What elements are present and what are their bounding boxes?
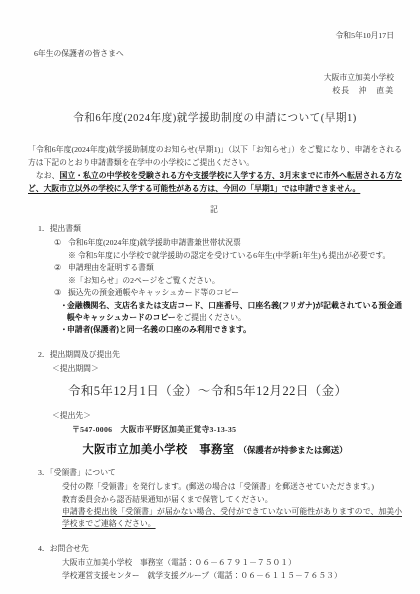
section3-line2: 教育委員会から認否結果通知が届くまで保管してください。 — [62, 494, 402, 506]
document-title: 令和6年度(2024年度)就学援助制度の申請について(早期1) — [28, 111, 402, 128]
bullet-mark: ・ — [60, 300, 67, 325]
section3-line3-underlined: 申請書を提出後「受領書」が届かない場合、受付ができていない可能性がありますので、… — [62, 506, 402, 531]
intro-paragraph-1: 「令和6年度(2024年度)就学援助制度のお知らせ(早期1)」（以下「お知らせ」… — [28, 144, 402, 169]
sender-block: 大阪市立加美小学校 校長 沖 直美 — [28, 71, 402, 98]
intro-paragraph-2-prefix: なお、 — [28, 171, 59, 180]
destination-label: ＜提出先＞ — [52, 410, 402, 422]
section4-heading: 4．お問合せ先 — [38, 543, 402, 555]
school-name: 大阪市立加美小学校 — [28, 71, 394, 84]
item-note: ※ 令和5年度に小学校で就学援助の認定を受けている6年生(中学新1年生)も提出が… — [68, 250, 402, 262]
bullet-text-bold: 申請者(保護者)と同一名義の口座のみ利用できます。 — [67, 324, 251, 336]
office-note: （保護者が持参または郵送） — [234, 445, 347, 455]
list-item: ② 申請理由を証明する書類 — [54, 262, 402, 274]
document-date: 令和5年10月17日 — [28, 30, 402, 42]
contact-line-support-center: 学校運営支援センター 就学支援グループ（電話：０６－６１１５－７６５３） — [62, 570, 402, 582]
office-name: 大阪市立加美小学校 事務室 — [82, 444, 234, 456]
item-text: 振込先の預金通帳やキャッシュカード等のコピー — [68, 287, 239, 299]
contact-line-school: 大阪市立加美小学校 事務室（電話：０６－６７９１－７５０１） — [62, 557, 402, 569]
bullet-item: ・ 金融機関名、支店名または支店コード、口座番号、口座名義(フリガナ)が記載され… — [60, 300, 402, 325]
recipient-line: 6年生の保護者の皆さまへ — [34, 48, 402, 60]
section3-heading: 3．「受領書」について — [38, 467, 402, 479]
intro-paragraph-2-emphasis: 国立・私立の中学校を受験される方や支援学校に入学する方、3月末までに市外へ転居さ… — [28, 171, 402, 192]
item-text: 令和6年度(2024年度)就学援助申請書兼世帯状況票 — [68, 237, 241, 249]
bullet-text: 金融機関名、支店名または支店コード、口座番号、口座名義(フリガナ)が記載されてい… — [67, 300, 402, 325]
list-item: ① 令和6年度(2024年度)就学援助申請書兼世帯状況票 — [54, 237, 402, 249]
bullet-mark: ・ — [60, 324, 67, 336]
bullet-item: ・ 申請者(保護者)と同一名義の口座のみ利用できます。 — [60, 324, 402, 336]
principal-name: 校長 沖 直美 — [28, 84, 394, 97]
bullet-text-rest: をご提出ください。 — [176, 313, 246, 322]
item-note: ※「お知らせ」の2ページをご覧ください。 — [68, 275, 402, 287]
item-number: ③ — [54, 287, 68, 299]
document-page: 令和5年10月17日 6年生の保護者の皆さまへ 大阪市立加美小学校 校長 沖 直… — [0, 0, 420, 594]
period-label: ＜提出期間＞ — [52, 363, 402, 375]
section3-line1: 受付の際「受領書」を発行します。(郵送の場合は「受領書」を郵送させていただきます… — [62, 481, 402, 493]
intro-paragraph-2: なお、国立・私立の中学校を受験される方や支援学校に入学する方、3月末までに市外へ… — [28, 170, 402, 195]
submission-period: 令和5年12月1日（金）～令和5年12月22日（金） — [68, 382, 402, 402]
submission-office: 大阪市立加美小学校 事務室 （保護者が持参または郵送） — [28, 442, 402, 460]
item-text: 申請理由を証明する書類 — [68, 262, 154, 274]
postal-address: 〒547‐0006 大阪市平野区加美正覚寺3-13-35 — [72, 424, 402, 436]
section1-heading: 1．提出書類 — [38, 223, 402, 235]
list-item: ③ 振込先の預金通帳やキャッシュカード等のコピー — [54, 287, 402, 299]
section2-heading: 2．提出期間及び提出先 — [38, 349, 402, 361]
item-number: ① — [54, 237, 68, 249]
item-number: ② — [54, 262, 68, 274]
intro-paragraph-1-text: 「令和6年度(2024年度)就学援助制度のお知らせ(早期1)」（以下「お知らせ」… — [28, 145, 402, 166]
record-marker: 記 — [28, 204, 402, 216]
